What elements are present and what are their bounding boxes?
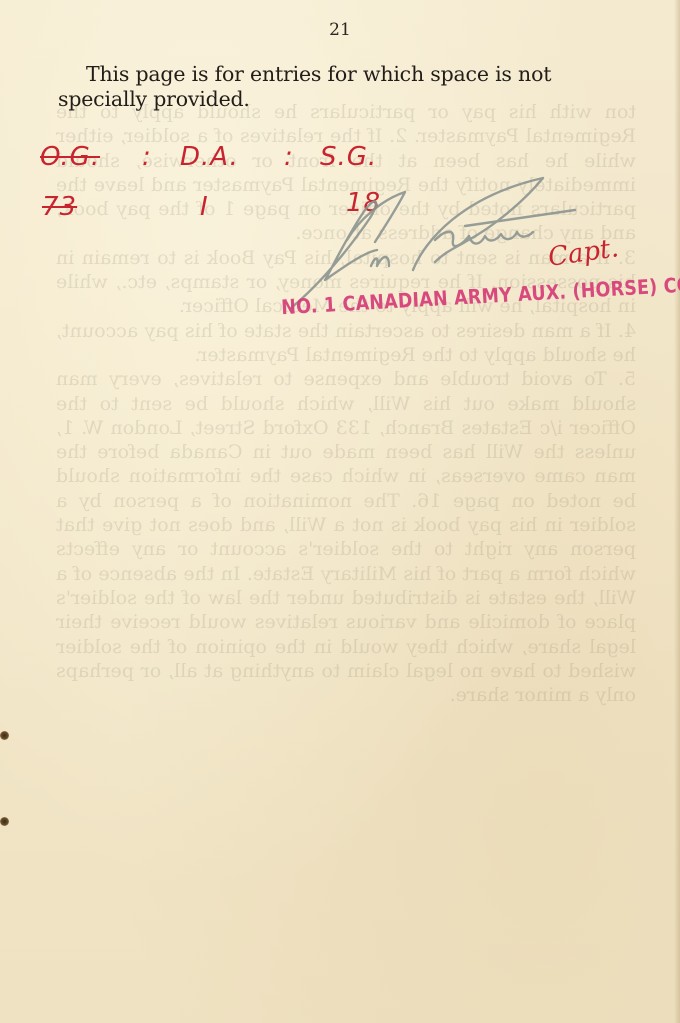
page-edge-shadow [674,0,680,1023]
handwritten-header-sg: S.G. [320,142,377,172]
instructions-line-1: This page is for entries for which space… [58,62,648,87]
handwritten-header-da: D.A. [180,142,239,172]
page-instructions: This page is for entries for which space… [58,62,648,112]
handwritten-separator: : [284,142,294,172]
instructions-line-2: specially provided. [58,87,648,112]
handwritten-value-da: I [200,192,209,222]
binding-hole [0,731,9,740]
handwritten-value-og: 73 [42,192,77,222]
handwritten-separator: : [142,142,152,172]
page-number: 21 [0,20,680,40]
binding-hole [0,817,9,826]
handwritten-header-og: O.G. [40,142,100,172]
